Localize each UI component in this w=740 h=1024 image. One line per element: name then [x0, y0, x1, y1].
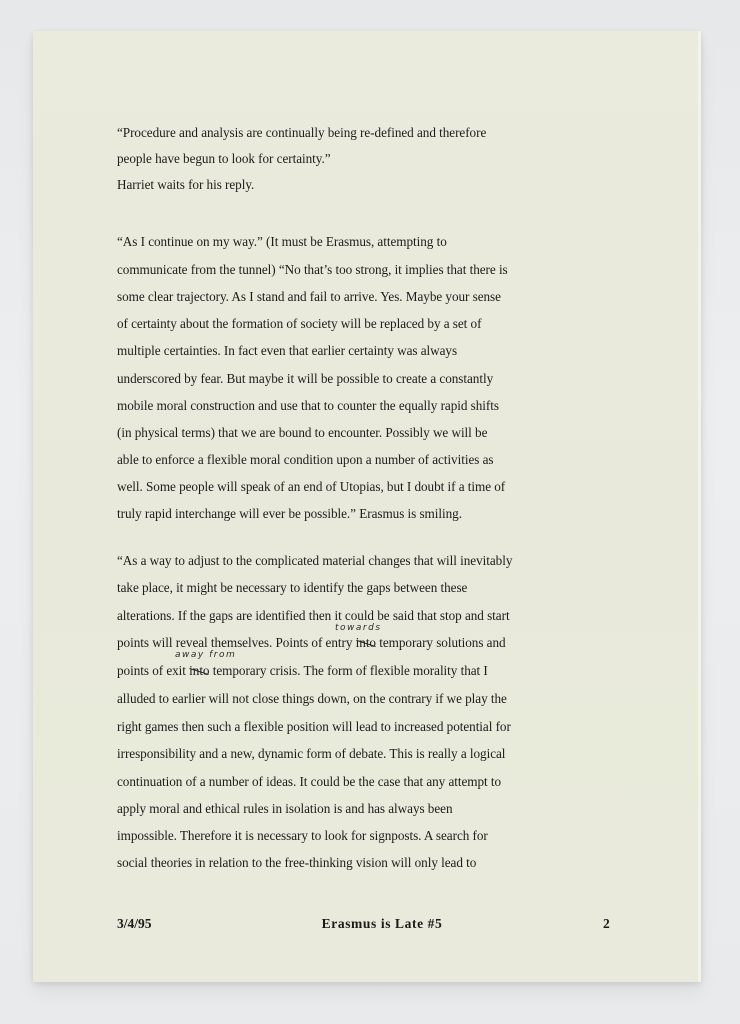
text-line: truly rapid interchange will ever be pos…	[117, 506, 462, 522]
struck-word: into	[189, 663, 209, 678]
text-line-edited: points will reveal themselves. Points of…	[117, 635, 506, 651]
text-line: mobile moral construction and use that t…	[117, 398, 499, 414]
text-line-edited: points of exit into temporary crisis. Th…	[117, 663, 488, 679]
text-line: underscored by fear. But maybe it will b…	[117, 371, 493, 387]
text-line: some clear trajectory. As I stand and fa…	[117, 289, 501, 305]
text-line: people have begun to look for certainty.…	[117, 151, 331, 167]
text-line: communicate from the tunnel) “No that’s …	[117, 262, 508, 278]
text-line: right games then such a flexible positio…	[117, 719, 511, 735]
text-line: apply moral and ethical rules in isolati…	[117, 801, 453, 817]
text-line: irresponsibility and a new, dynamic form…	[117, 746, 505, 762]
footer-title: Erasmus is Late #5	[33, 916, 701, 932]
text-line: continuation of a number of ideas. It co…	[117, 774, 501, 790]
text-segment: temporary crisis. The form of flexible m…	[209, 663, 487, 678]
handwritten-annotation: towards	[335, 623, 382, 633]
handwritten-annotation: away from	[175, 650, 236, 660]
text-segment: points of exit	[117, 663, 189, 678]
text-line: “As I continue on my way.” (It must be E…	[117, 234, 447, 250]
page-number: 2	[603, 916, 610, 932]
text-line: well. Some people will speak of an end o…	[117, 479, 505, 495]
text-line: social theories in relation to the free-…	[117, 855, 476, 871]
text-line: able to enforce a flexible moral conditi…	[117, 452, 493, 468]
text-line: alluded to earlier will not close things…	[117, 691, 507, 707]
struck-word: into	[356, 635, 376, 650]
text-line: of certainty about the formation of soci…	[117, 316, 481, 332]
text-line: “As a way to adjust to the complicated m…	[117, 553, 512, 569]
document-page: “Procedure and analysis are continually …	[33, 31, 701, 982]
text-line: Harriet waits for his reply.	[117, 177, 254, 193]
text-segment: temporary solutions and	[376, 635, 506, 650]
text-line: take place, it might be necessary to ide…	[117, 580, 467, 596]
text-line: impossible. Therefore it is necessary to…	[117, 828, 488, 844]
text-segment: points will reveal themselves. Points of…	[117, 635, 356, 650]
text-line: alterations. If the gaps are identified …	[117, 608, 510, 624]
text-line: multiple certainties. In fact even that …	[117, 343, 457, 359]
text-line: (in physical terms) that we are bound to…	[117, 425, 487, 441]
text-line: “Procedure and analysis are continually …	[117, 125, 486, 141]
